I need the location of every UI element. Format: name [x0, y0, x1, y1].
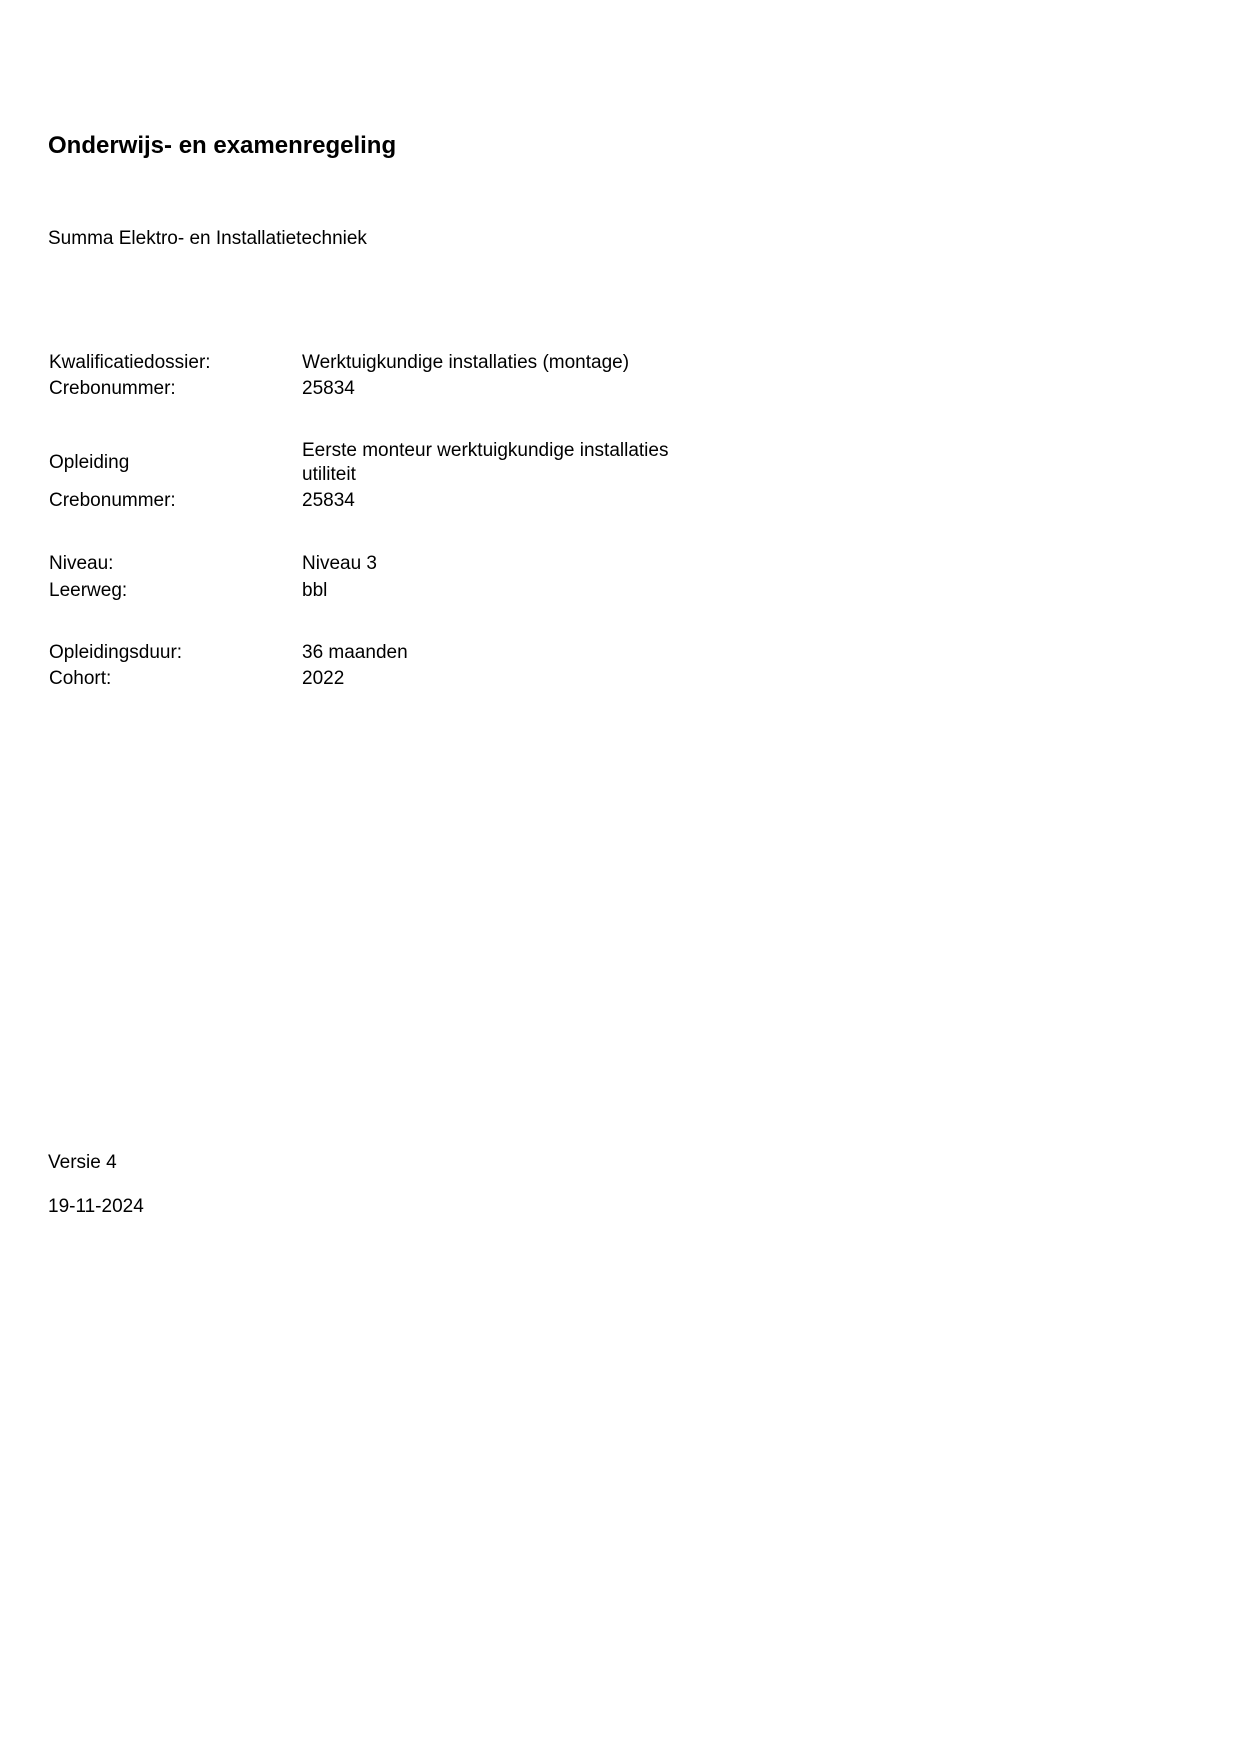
field-label: Kwalificatiedossier: [49, 351, 211, 375]
field-label: Opleidingsduur: [49, 641, 182, 665]
field-value: Eerste monteur werktuigkundige installat… [302, 439, 722, 487]
field-label: Crebonummer: [49, 377, 176, 401]
field-label: Niveau: [49, 552, 113, 576]
version-label: Versie 4 [48, 1151, 117, 1175]
field-value: Niveau 3 [302, 552, 377, 576]
field-value: Werktuigkundige installaties (montage) [302, 351, 629, 375]
institution-name: Summa Elektro- en Installatietechniek [48, 227, 367, 251]
field-value: 2022 [302, 667, 344, 691]
field-value: bbl [302, 579, 327, 603]
field-label: Crebonummer: [49, 489, 176, 513]
document-title: Onderwijs- en examenregeling [48, 131, 396, 161]
field-value: 25834 [302, 489, 355, 513]
field-label: Opleiding [49, 451, 129, 475]
field-value: 25834 [302, 377, 355, 401]
field-label: Cohort: [49, 667, 111, 691]
field-label: Leerweg: [49, 579, 127, 603]
document-date: 19-11-2024 [48, 1195, 144, 1219]
field-value: 36 maanden [302, 641, 408, 665]
